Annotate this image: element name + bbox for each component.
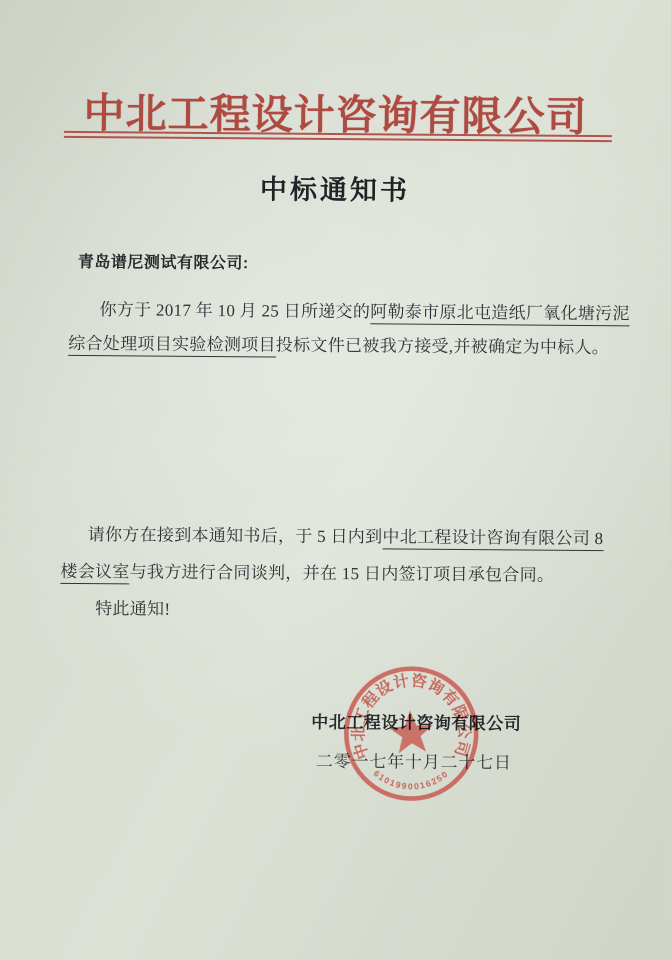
seal-registration-number: 6101990016250 xyxy=(371,764,451,794)
scanned-letter-page: 中北工程设计咨询有限公司 中标通知书 青岛谱尼测试有限公司: 你方于 2017 … xyxy=(0,0,671,960)
meeting-location-underlined-part2: 楼会议室 xyxy=(60,562,129,585)
paragraph1-line2: 综合处理项目实验检测项目投标文件已被我方接受,并被确定为中标人。 xyxy=(68,334,609,359)
closing-note: 特此通知! xyxy=(95,599,170,620)
paragraph2-line1: 请你方在接到本通知书后，于 5 日内到中北工程设计咨询有限公司 8 xyxy=(88,525,604,549)
paragraph1-line1: 你方于 2017 年 10 月 25 日所递交的阿勒泰市原北屯造纸厂氧化塘污泥 xyxy=(99,300,629,325)
project-name-underlined-part2: 综合处理项目实验检测项目 xyxy=(68,334,276,358)
notice-title: 中标通知书 xyxy=(0,165,671,209)
paragraph2-line2: 楼会议室与我方进行合同谈判，并在 15 日内签订项目承包合同。 xyxy=(60,562,554,586)
letter-content: 中北工程设计咨询有限公司 中标通知书 青岛谱尼测试有限公司: 你方于 2017 … xyxy=(0,0,671,960)
paragraph2-line2-text: 与我方进行合同谈判，并在 15 日内签订项目承包合同。 xyxy=(130,562,555,584)
paragraph2-line1-text: 请你方在接到本通知书后，于 5 日内到 xyxy=(88,525,383,546)
paragraph1-line2-text: 投标文件已被我方接受,并被确定为中标人。 xyxy=(276,336,609,358)
meeting-location-underlined-part1: 中北工程设计咨询有限公司 8 xyxy=(382,527,603,551)
company-seal-stamp: 中北工程设计咨询有限公司 6101990016250 xyxy=(336,657,487,808)
project-name-underlined-part1: 阿勒泰市原北屯造纸厂氧化塘污泥 xyxy=(370,302,630,326)
paragraph1-line1-text: 你方于 2017 年 10 月 25 日所递交的 xyxy=(99,300,370,321)
recipient-salutation: 青岛谱尼测试有限公司: xyxy=(78,249,249,273)
seal-star-icon xyxy=(388,709,435,754)
